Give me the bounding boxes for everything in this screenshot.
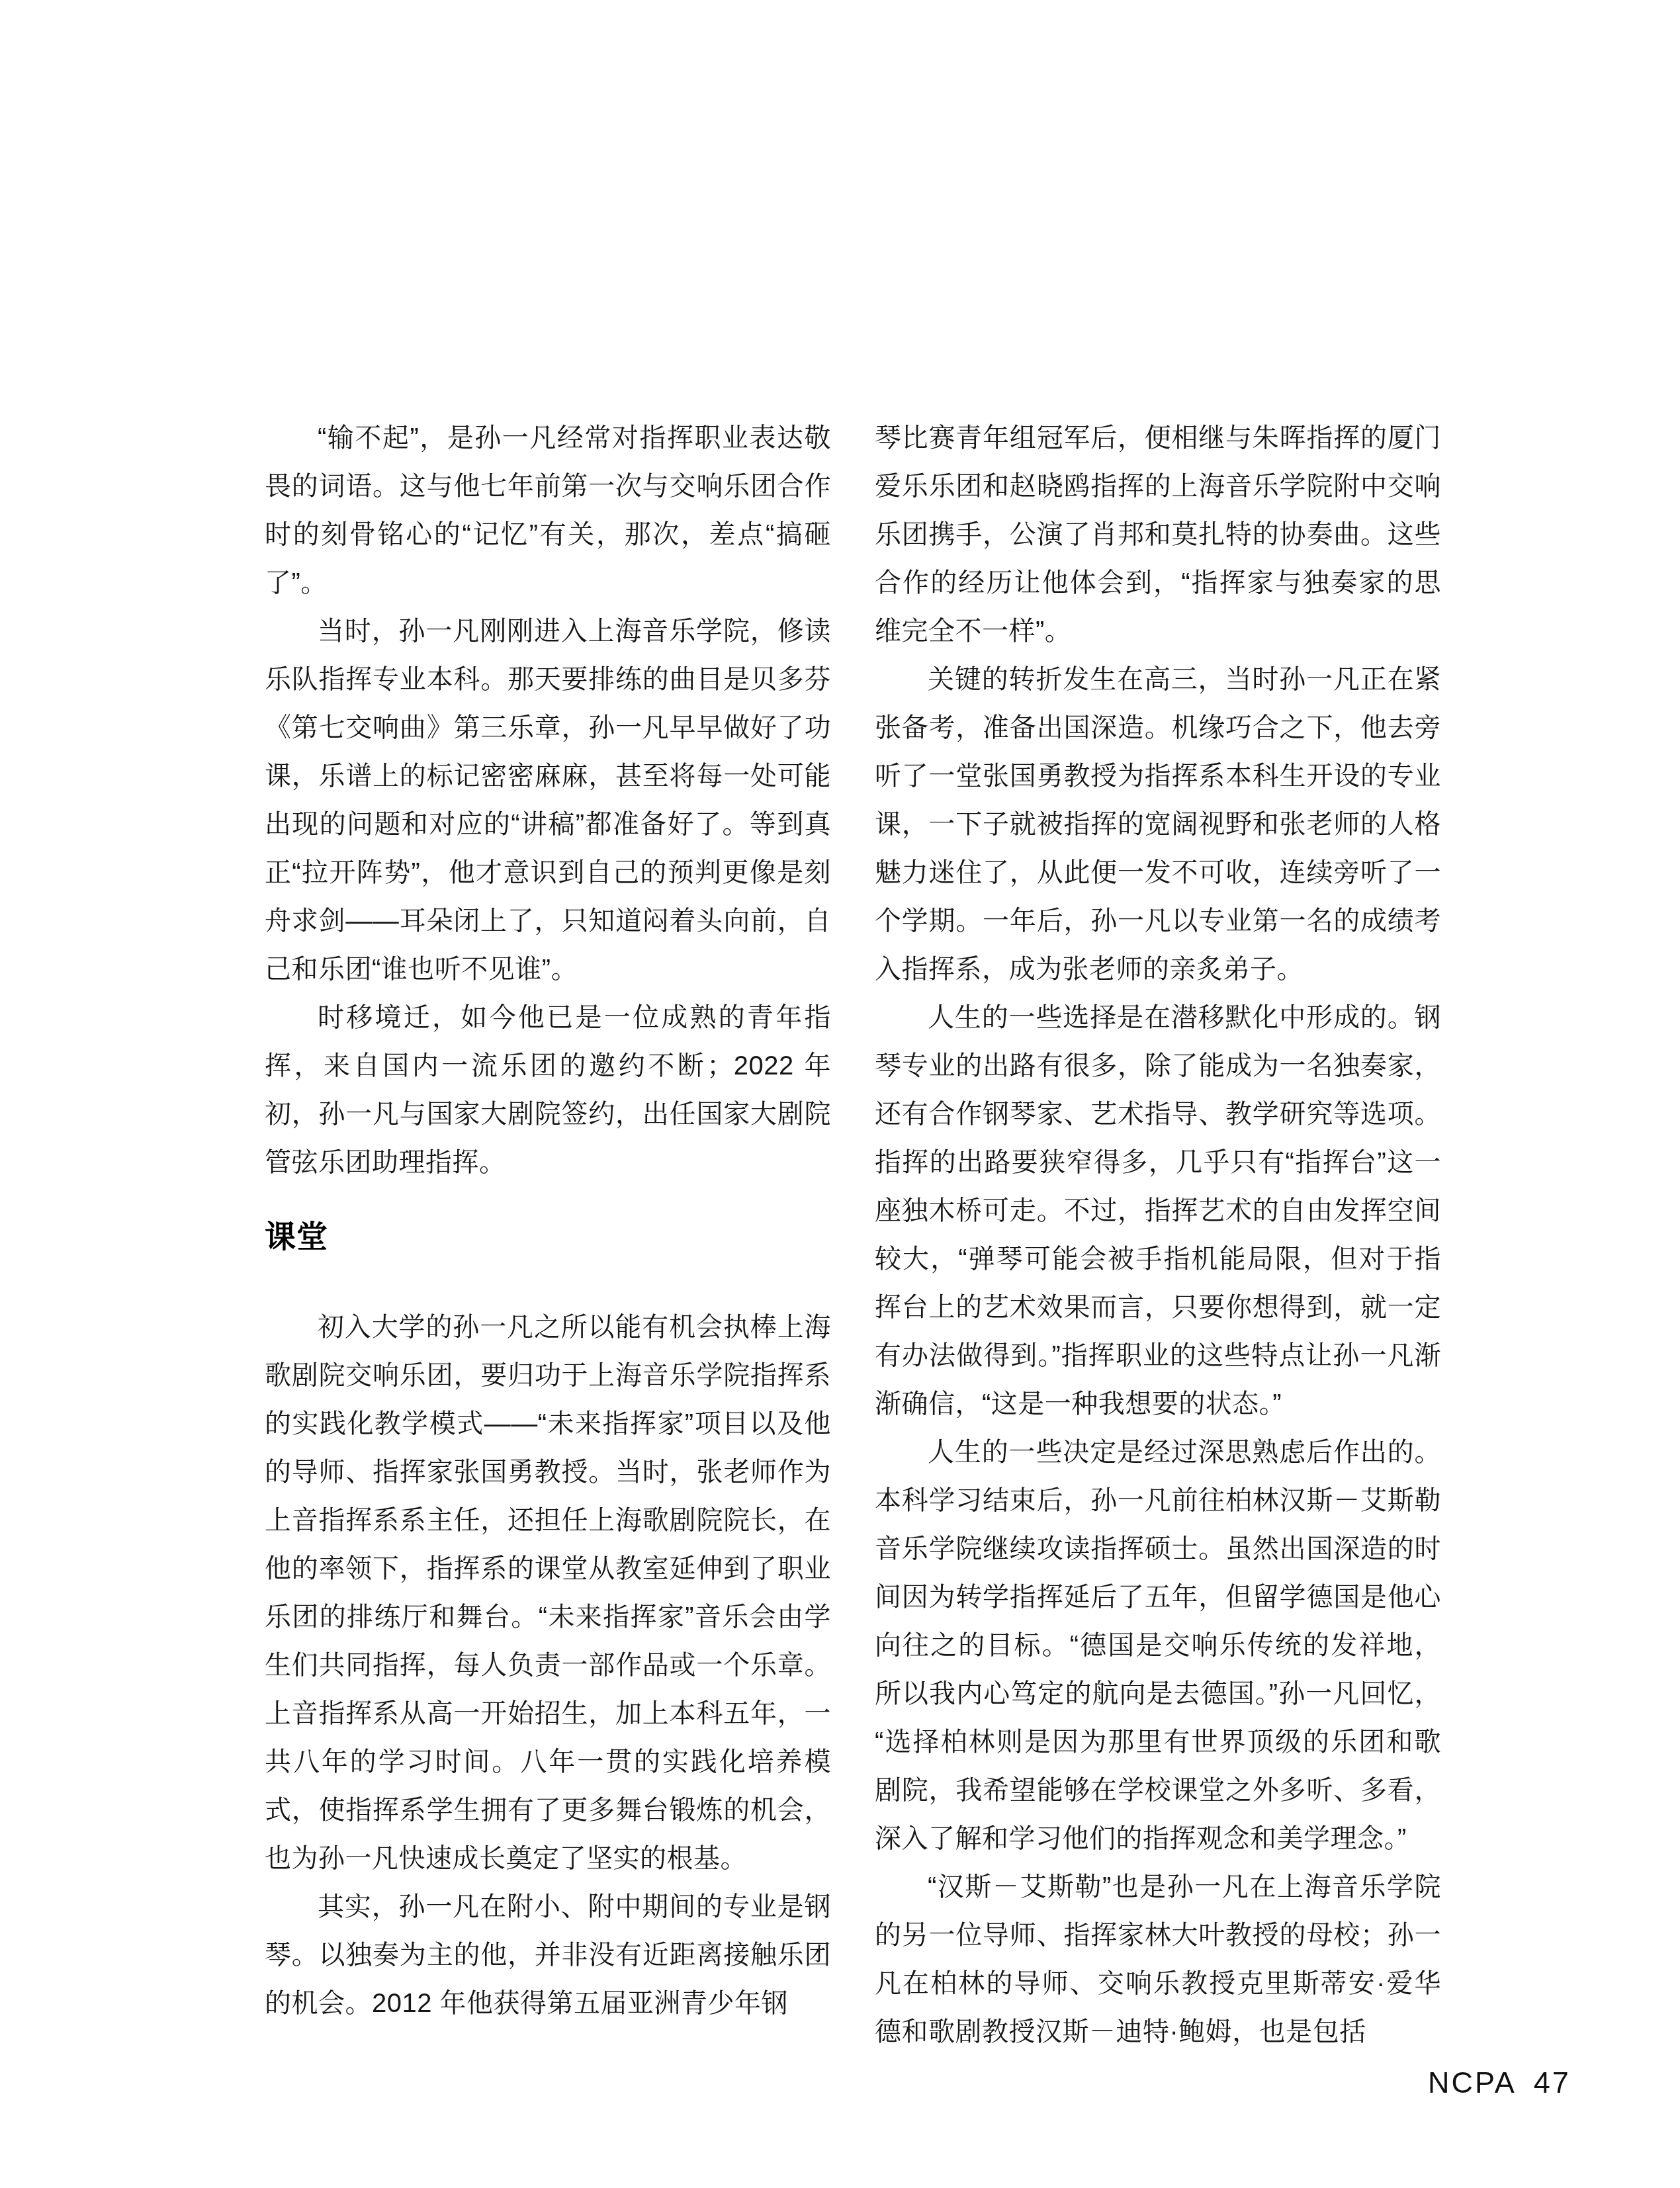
paragraph: 关键的转折发生在高三，当时孙一凡正在紧张备考，准备出国深造。机缘巧合之下，他去旁… <box>875 656 1441 994</box>
magazine-page: “输不起”，是孙一凡经常对指挥职业表达敬畏的词语。这与他七年前第一次与交响乐团合… <box>0 0 1680 2188</box>
paragraph: 人生的一些选择是在潜移默化中形成的。钢琴专业的出路有很多，除了能成为一名独奏家，… <box>875 994 1441 1428</box>
article-left-column: “输不起”，是孙一凡经常对指挥职业表达敬畏的词语。这与他七年前第一次与交响乐团合… <box>265 414 831 2028</box>
paragraph: “输不起”，是孙一凡经常对指挥职业表达敬畏的词语。这与他七年前第一次与交响乐团合… <box>265 414 831 607</box>
paragraph: 当时，孙一凡刚刚进入上海音乐学院，修读乐队指挥专业本科。那天要排练的曲目是贝多芬… <box>265 607 831 994</box>
paragraph: “汉斯－艾斯勒”也是孙一凡在上海音乐学院的另一位导师、指挥家林大叶教授的母校；孙… <box>875 1863 1441 2056</box>
page-footer: NCPA47 <box>1428 2066 1571 2100</box>
paragraph: 时移境迁，如今他已是一位成熟的青年指挥，来自国内一流乐团的邀约不断；2022 年… <box>265 994 831 1187</box>
section-heading: 课堂 <box>265 1212 831 1261</box>
paragraph: 其实，孙一凡在附小、附中期间的专业是钢琴。以独奏为主的他，并非没有近距离接触乐团… <box>265 1883 831 2028</box>
article-right-column: 琴比赛青年组冠军后，便相继与朱晖指挥的厦门爱乐乐团和赵晓鸥指挥的上海音乐学院附中… <box>875 414 1441 2056</box>
paragraph: 初入大学的孙一凡之所以能有机会执棒上海歌剧院交响乐团，要归功于上海音乐学院指挥系… <box>265 1303 831 1883</box>
page-number: 47 <box>1534 2066 1571 2099</box>
paragraph-continuation: 琴比赛青年组冠军后，便相继与朱晖指挥的厦门爱乐乐团和赵晓鸥指挥的上海音乐学院附中… <box>875 414 1441 656</box>
magazine-brand: NCPA <box>1428 2066 1517 2099</box>
paragraph: 人生的一些决定是经过深思熟虑后作出的。本科学习结束后，孙一凡前往柏林汉斯－艾斯勒… <box>875 1428 1441 1863</box>
